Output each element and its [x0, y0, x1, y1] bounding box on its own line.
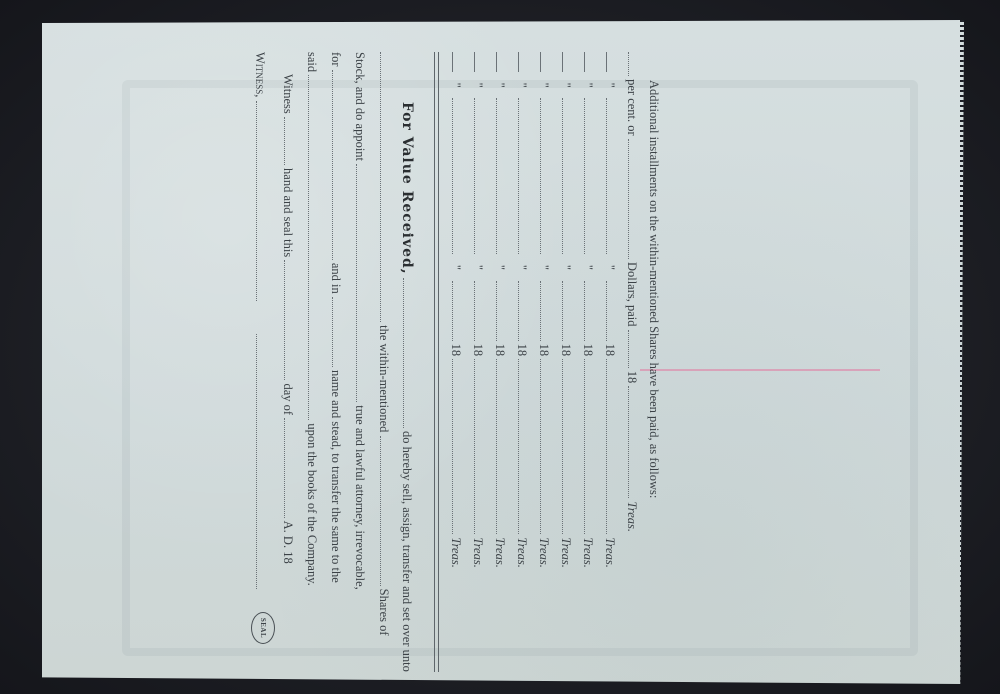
transfer-line-2: the within-mentioned Shares of [376, 52, 391, 636]
ditto-mark: " [536, 257, 551, 277]
installment-row-4: " " 18 Treas. [558, 52, 573, 568]
ditto-mark: " [448, 257, 463, 277]
installments-heading-text: Additional installments on the within-me… [647, 80, 661, 498]
transfer-text-6d: A. D. 18 [281, 521, 295, 564]
ditto-mark: " [558, 75, 573, 95]
witness-label: Witness, [253, 52, 267, 97]
attorney-name-blank[interactable] [356, 164, 367, 402]
treas-label: Treas. [581, 537, 595, 567]
blank-line [518, 52, 529, 72]
treas-label: Treas. [449, 537, 463, 567]
witness-pronoun-blank[interactable] [284, 117, 295, 165]
signature-blank[interactable] [496, 359, 507, 534]
dollars-paid-label: Dollars, paid [625, 262, 639, 327]
amount-blank[interactable] [606, 98, 617, 254]
date-blank[interactable] [452, 281, 463, 341]
transfer-line-3: Stock, and do appoint true and lawful at… [352, 52, 367, 590]
transferor-name-blank[interactable] [403, 278, 414, 428]
installment-row-8: " " 18 Treas. [470, 52, 485, 568]
transfer-text-6c: day of [281, 384, 295, 416]
year-prefix: 18 [603, 344, 617, 357]
date-blank[interactable] [474, 281, 485, 341]
treas-label: Treas. [493, 537, 507, 567]
signature-blank[interactable] [474, 359, 485, 534]
share-count-blank[interactable] [380, 436, 391, 586]
installment-row-3: " " 18 Treas. [580, 52, 595, 568]
installment-row-7: " " 18 Treas. [492, 52, 507, 568]
ditto-mark: " [602, 257, 617, 277]
blank-line [474, 52, 485, 72]
ditto-mark: " [470, 257, 485, 277]
signature-blank[interactable] [518, 359, 529, 534]
transfer-line-5: said upon the books of the Company. [304, 52, 319, 586]
ditto-mark: " [514, 257, 529, 277]
for-blank[interactable] [332, 70, 343, 260]
year-prefix: 18 [559, 344, 573, 357]
transfer-text-4a: for [329, 52, 343, 67]
transfer-text-1: do hereby sell, assign, transfer and set… [400, 431, 414, 672]
date-blank[interactable] [584, 281, 595, 341]
ditto-mark: " [514, 75, 529, 95]
blank-line [452, 52, 463, 72]
section-divider [434, 52, 439, 672]
signature-blank[interactable] [540, 359, 551, 534]
date-blank[interactable] [496, 281, 507, 341]
pink-ink-bleed-line [640, 369, 880, 371]
month-blank[interactable] [284, 418, 295, 518]
transferee-name-blank[interactable] [380, 52, 391, 322]
ditto-mark: " [470, 75, 485, 95]
treas-label: Treas. [559, 537, 573, 567]
transfer-line-1: For Value Received, do hereby sell, assi… [399, 102, 415, 672]
year-prefix: 18 [625, 371, 639, 384]
ditto-mark: " [580, 257, 595, 277]
year-prefix: 18 [515, 344, 529, 357]
transfer-text-6b: hand and seal this [281, 168, 295, 257]
ditto-mark: " [492, 257, 507, 277]
amount-blank[interactable] [474, 98, 485, 254]
year-prefix: 18 [493, 344, 507, 357]
treas-label: Treas. [625, 502, 639, 532]
transfer-line-4: for and in name and stead, to transfer t… [328, 52, 343, 583]
transfer-text-3a: Stock, and do appoint [353, 52, 367, 161]
transfer-text-6a: Witness [281, 74, 295, 114]
date-blank[interactable] [628, 330, 639, 368]
day-blank[interactable] [284, 260, 295, 380]
installment-row-9: " " 18 Treas. [448, 52, 463, 568]
witness-signature-blank[interactable] [256, 101, 267, 301]
treas-label: Treas. [471, 537, 485, 567]
transfer-text-5a: said [305, 52, 319, 72]
signer-signature-blank[interactable] [256, 334, 267, 589]
blank-line [584, 52, 595, 72]
date-blank[interactable] [518, 281, 529, 341]
treas-label: Treas. [515, 537, 529, 567]
ditto-mark: " [558, 257, 573, 277]
transfer-text-2b: Shares of [377, 589, 391, 636]
transfer-text-2a: the within-mentioned [377, 325, 391, 432]
signature-blank[interactable] [562, 359, 573, 534]
date-blank[interactable] [606, 281, 617, 341]
blank-line [606, 52, 617, 72]
amount-blank[interactable] [584, 98, 595, 254]
and-in-blank[interactable] [332, 297, 343, 367]
treas-label: Treas. [603, 537, 617, 567]
treas-label: Treas. [537, 537, 551, 567]
ditto-mark: " [492, 75, 507, 95]
ditto-mark: " [580, 75, 595, 95]
ditto-mark: " [536, 75, 551, 95]
transfer-form: Additional installments on the within-me… [201, 52, 661, 672]
signature-blank[interactable] [606, 359, 617, 534]
ditto-mark: " [448, 75, 463, 95]
transfer-text-3b: true and lawful attorney, irrevocable, [353, 405, 367, 590]
transfer-line-6: Witness hand and seal this day of A. D. … [280, 74, 295, 564]
year-prefix: 18 [449, 344, 463, 357]
installment-row-1: per cent. or Dollars, paid 18 Treas. [624, 52, 639, 532]
amount-blank[interactable] [562, 98, 573, 254]
transfer-text-4c: name and stead, to transfer the same to … [329, 370, 343, 583]
amount-blank[interactable] [518, 98, 529, 254]
seal-label: SEAL [259, 618, 267, 638]
installments-heading: Additional installments on the within-me… [646, 80, 661, 498]
transfer-text-5b: upon the books of the Company. [305, 423, 319, 585]
seal-icon: SEAL [251, 612, 275, 644]
amount-blank[interactable] [496, 98, 507, 254]
blank-line [496, 52, 507, 72]
said-blank[interactable] [308, 75, 319, 420]
amount-blank[interactable] [540, 98, 551, 254]
date-blank[interactable] [540, 281, 551, 341]
for-value-received-heading: For Value Received, [399, 102, 415, 275]
installment-row-6: " " 18 Treas. [514, 52, 529, 568]
year-prefix: 18 [581, 344, 595, 357]
ditto-mark: " [602, 75, 617, 95]
blank-line [628, 52, 639, 76]
blank-line [562, 52, 573, 72]
signature-blank[interactable] [452, 359, 463, 534]
per-cent-label: per cent. or [625, 79, 639, 136]
year-prefix: 18 [471, 344, 485, 357]
signature-blank[interactable] [584, 359, 595, 534]
amount-blank[interactable] [452, 98, 463, 254]
witness-line: Witness, [252, 52, 267, 589]
signature-blank[interactable] [628, 386, 639, 498]
transfer-text-4b: and in [329, 263, 343, 294]
year-prefix: 18 [537, 344, 551, 357]
installment-row-2: " " 18 Treas. [602, 52, 617, 568]
blank-line [540, 52, 551, 72]
date-blank[interactable] [562, 281, 573, 341]
amount-blank[interactable] [628, 139, 639, 259]
installment-row-5: " " 18 Treas. [536, 52, 551, 568]
